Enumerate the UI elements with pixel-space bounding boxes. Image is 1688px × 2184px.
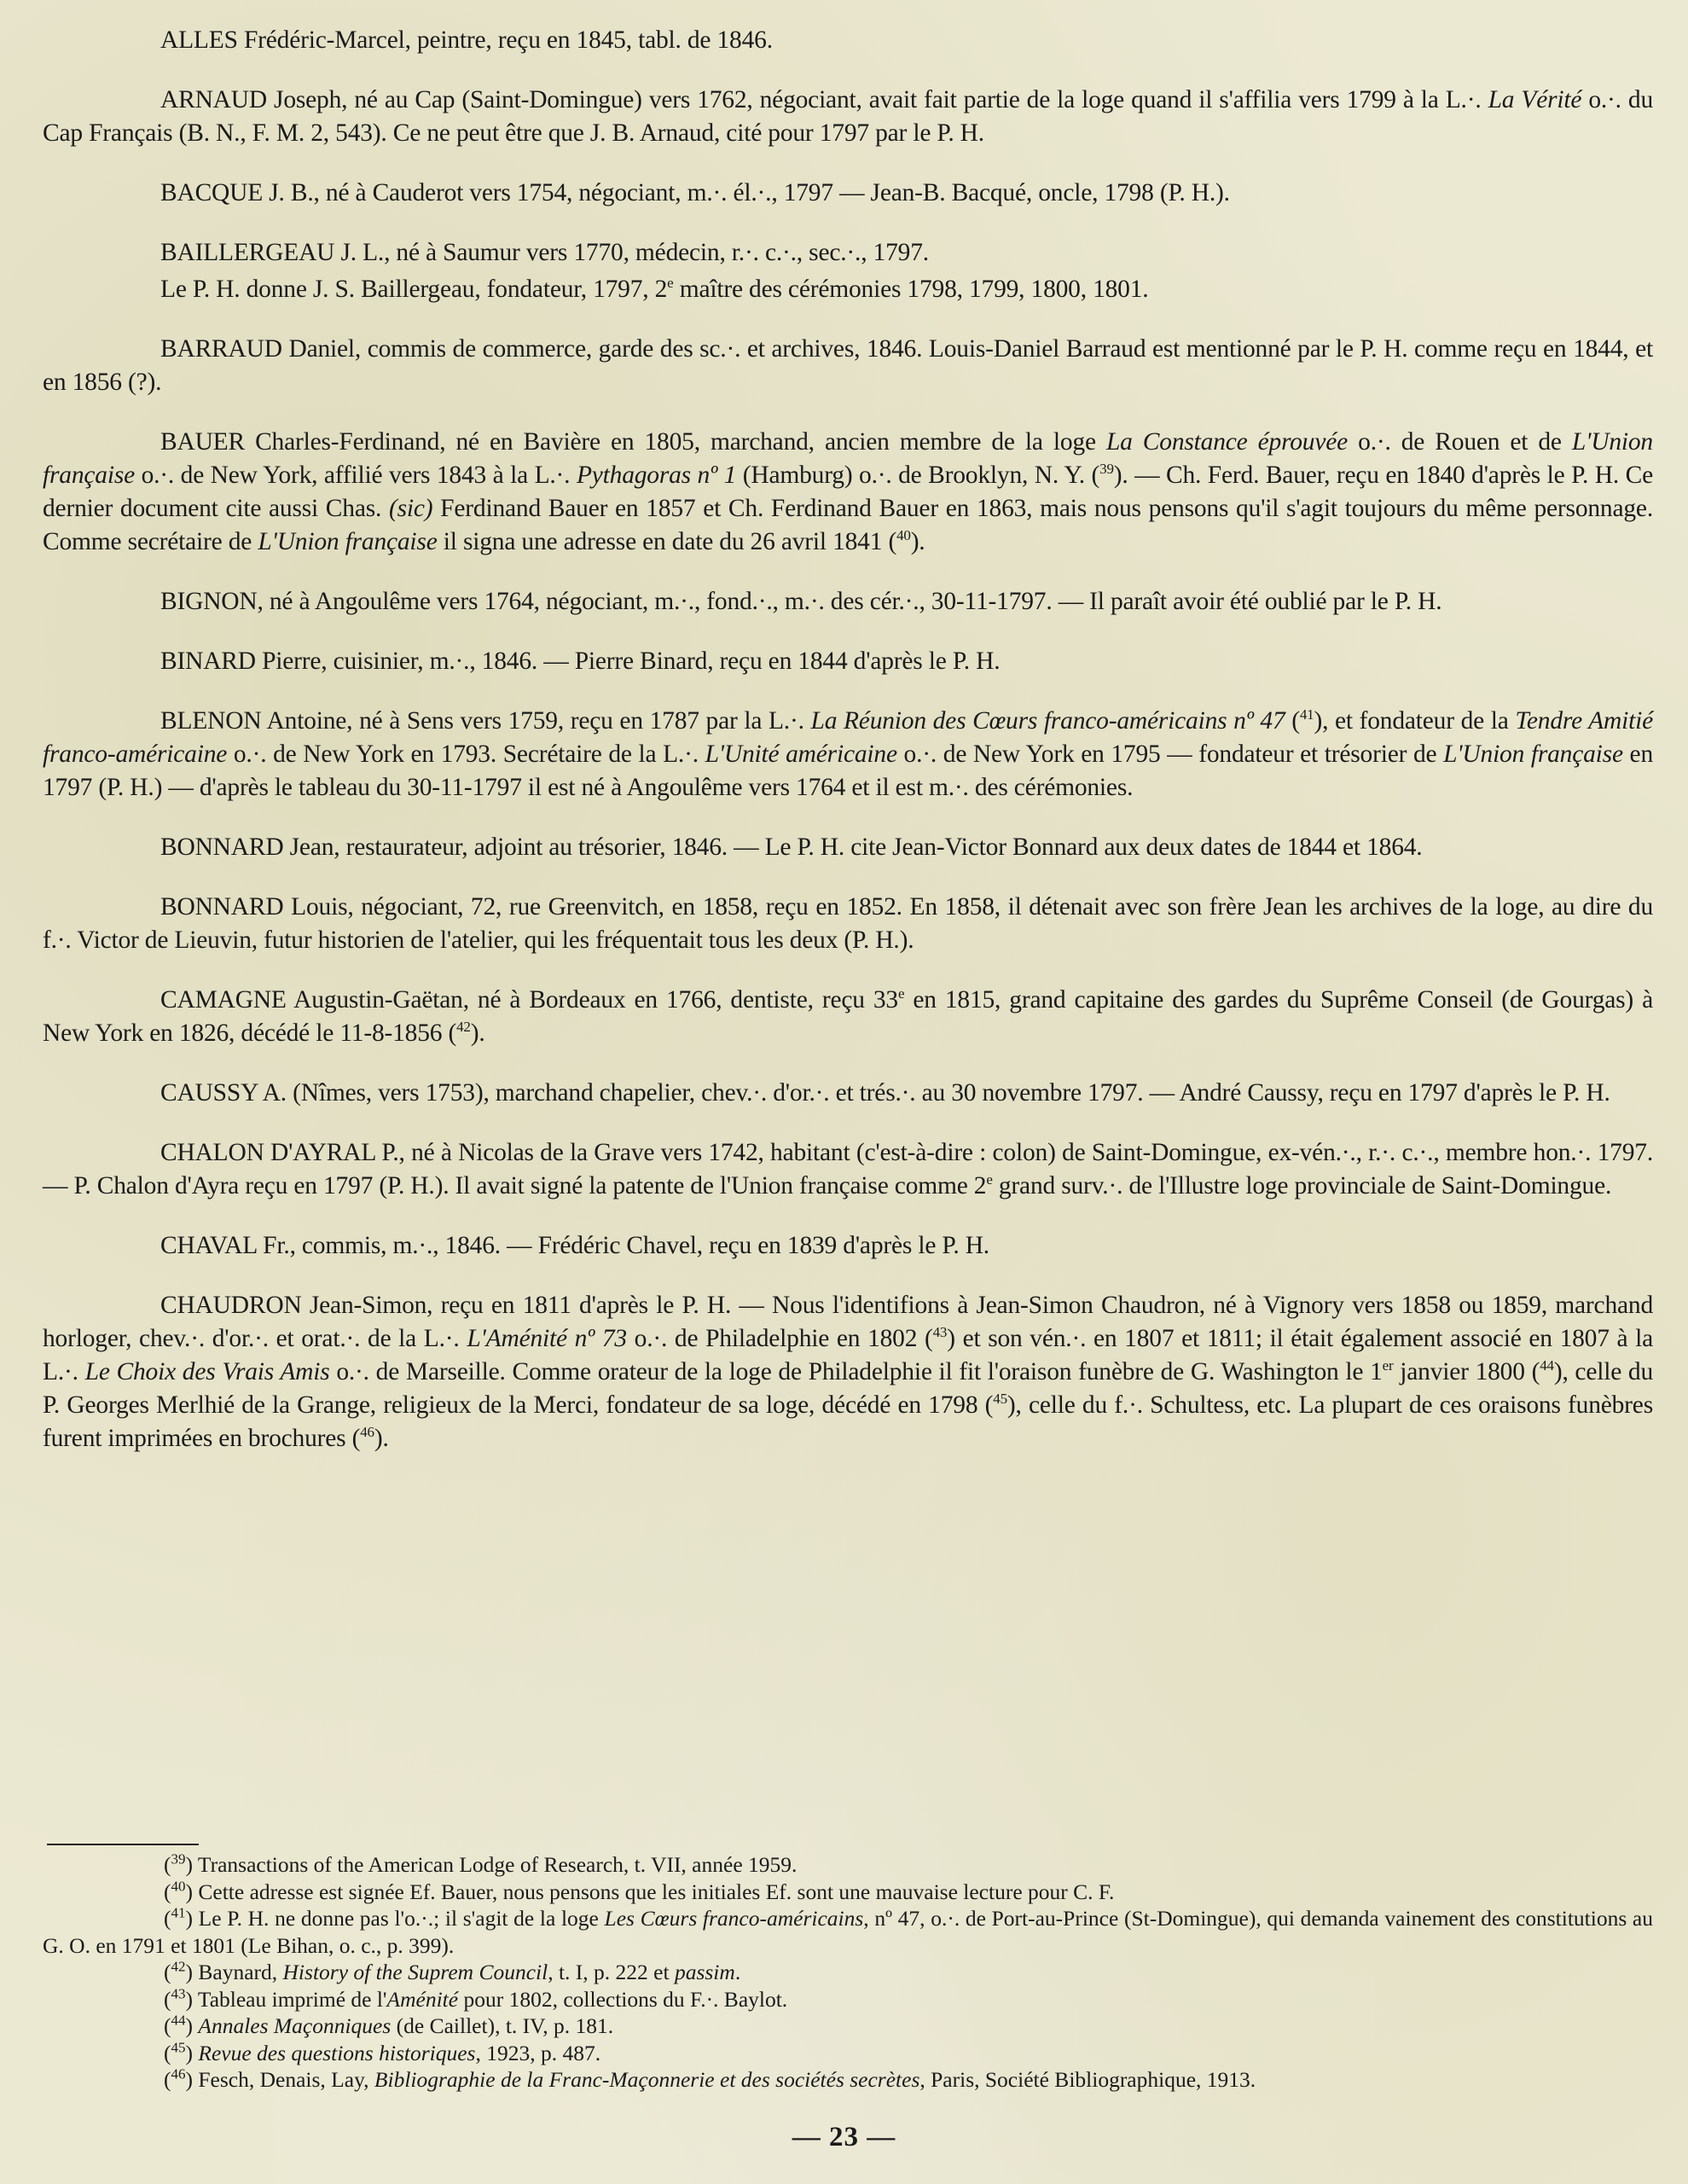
body-text: ALLES Frédéric-Marcel, peintre, reçu en … — [43, 24, 1653, 1482]
footnote-ref[interactable]: 40 — [896, 527, 911, 543]
entry-bignon: BIGNON, né à Angoulême vers 1764, négoci… — [43, 585, 1653, 619]
entry-baillergeau: BAILLERGEAU J. L., né à Saumur vers 1770… — [43, 236, 1653, 270]
footnote-39: (39) Transactions of the American Lodge … — [43, 1851, 1653, 1879]
page-number: — 23 — — [0, 2122, 1688, 2153]
entry-caussy: CAUSSY A. (Nîmes, vers 1753), marchand c… — [43, 1077, 1653, 1110]
footnote-ref[interactable]: 41 — [1300, 706, 1314, 723]
footnote-43: (43) Tableau imprimé de l'Aménité pour 1… — [43, 1986, 1653, 2013]
entry-bacque: BACQUE J. B., né à Cauderot vers 1754, n… — [43, 177, 1653, 210]
footnotes: (39) Transactions of the American Lodge … — [43, 1851, 1653, 2094]
footnote-40: (40) Cette adresse est signée Ef. Bauer,… — [43, 1879, 1653, 1906]
footnote-ref[interactable]: 43 — [933, 1324, 948, 1340]
footnote-ref[interactable]: 45 — [993, 1391, 1007, 1407]
entry-blenon: BLENON Antoine, né à Sens vers 1759, reç… — [43, 705, 1653, 804]
footnote-46: (46) Fesch, Denais, Lay, Bibliographie d… — [43, 2066, 1653, 2094]
entry-chaudron: CHAUDRON Jean-Simon, reçu en 1811 d'aprè… — [43, 1289, 1653, 1455]
footnote-ref[interactable]: 46 — [360, 1424, 374, 1440]
entry-bonnard-jean: BONNARD Jean, restaurateur, adjoint au t… — [43, 831, 1653, 864]
entry-baillergeau-cont: Le P. H. donne J. S. Baillergeau, fondat… — [43, 273, 1653, 306]
entry-chalon: CHALON D'AYRAL P., né à Nicolas de la Gr… — [43, 1136, 1653, 1203]
entry-barraud: BARRAUD Daniel, commis de commerce, gard… — [43, 333, 1653, 399]
footnote-42: (42) Baynard, History of the Suprem Coun… — [43, 1959, 1653, 1986]
entry-chaval: CHAVAL Fr., commis, m.·., 1846. — Frédér… — [43, 1229, 1653, 1263]
entry-bonnard-louis: BONNARD Louis, négociant, 72, rue Greenv… — [43, 891, 1653, 957]
footnote-ref[interactable]: 42 — [456, 1019, 471, 1035]
footnote-44: (44) Annales Maçonniques (de Caillet), t… — [43, 2013, 1653, 2040]
entry-bauer: BAUER Charles-Ferdinand, né en Bavière e… — [43, 426, 1653, 559]
footnote-ref[interactable]: 39 — [1099, 461, 1114, 477]
entry-binard: BINARD Pierre, cuisinier, m.·., 1846. — … — [43, 645, 1653, 678]
footnote-45: (45) Revue des questions historiques, 19… — [43, 2040, 1653, 2067]
footnote-41: (41) Le P. H. ne donne pas l'o.·.; il s'… — [43, 1905, 1653, 1959]
entry-camagne: CAMAGNE Augustin-Gaëtan, né à Bordeaux e… — [43, 984, 1653, 1050]
entry-alles: ALLES Frédéric-Marcel, peintre, reçu en … — [43, 24, 1653, 57]
document-page: ALLES Frédéric-Marcel, peintre, reçu en … — [0, 0, 1688, 2184]
footnote-divider — [47, 1844, 199, 1845]
entry-arnaud: ARNAUD Joseph, né au Cap (Saint-Domingue… — [43, 84, 1653, 150]
footnote-ref[interactable]: 44 — [1540, 1357, 1554, 1374]
